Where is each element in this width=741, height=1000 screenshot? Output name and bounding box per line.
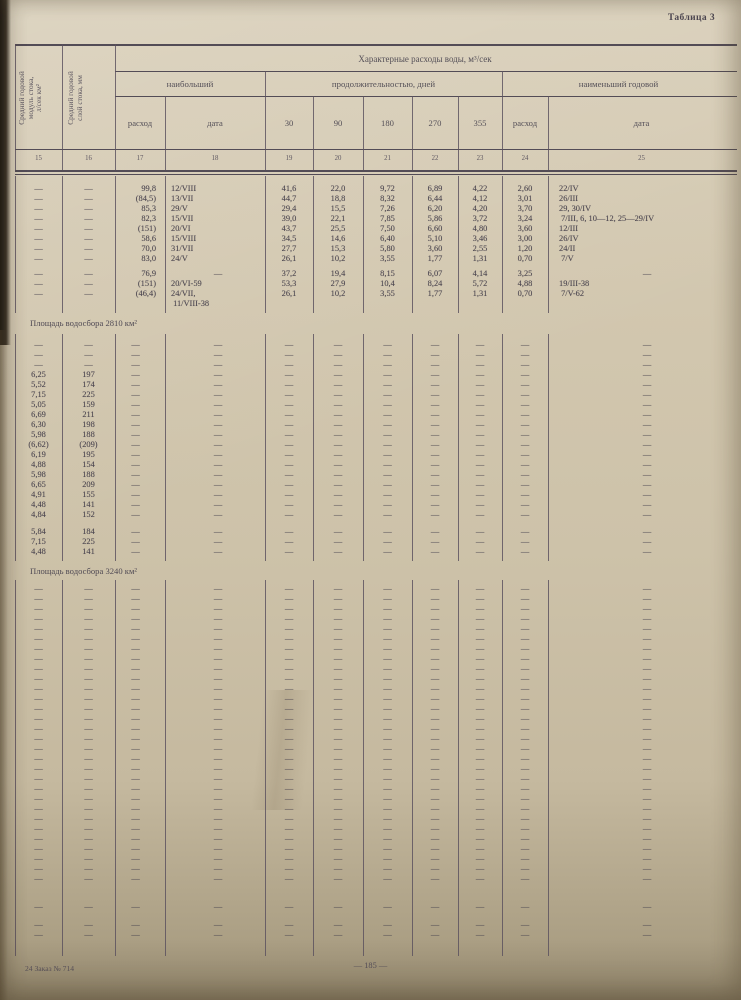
table-cell: — bbox=[412, 400, 458, 410]
table-cell: — bbox=[115, 390, 165, 400]
table-row: — — — — — — — — — — — bbox=[15, 664, 735, 674]
table-cell: — bbox=[458, 734, 502, 744]
table-cell: — bbox=[458, 410, 502, 420]
table-cell: 184 bbox=[62, 527, 115, 537]
table-caption: Таблица 3 bbox=[668, 13, 715, 23]
table-cell: — bbox=[265, 734, 313, 744]
table-cell: 7/V-62 bbox=[548, 289, 735, 309]
table-cell: — bbox=[265, 500, 313, 510]
table-cell: — bbox=[412, 614, 458, 624]
table-row-group: — — — — — — — — — — — — — — — bbox=[15, 340, 735, 520]
table-cell: — bbox=[502, 614, 548, 624]
table-row: — — 70,0 31/VII 27,7 15,3 5,80 3,60 2,55… bbox=[15, 244, 735, 254]
table-cell: — bbox=[313, 902, 363, 912]
table-cell: — bbox=[165, 390, 265, 400]
table-cell: — bbox=[548, 864, 735, 874]
table-cell: — bbox=[412, 654, 458, 664]
table-cell: — bbox=[548, 854, 735, 864]
table-cell: — bbox=[115, 350, 165, 360]
table-row: — — — — — — — — — — — bbox=[15, 930, 735, 940]
table-row: — — — — — — — — — — — bbox=[15, 654, 735, 664]
table-cell: — bbox=[458, 460, 502, 470]
table-cell: — bbox=[313, 614, 363, 624]
table-cell: — bbox=[313, 420, 363, 430]
table-cell: — bbox=[15, 714, 62, 724]
table-cell: — bbox=[15, 744, 62, 754]
table-row: 6,65 209 — — — — — — — — — bbox=[15, 480, 735, 490]
table-cell: — bbox=[165, 844, 265, 854]
table-cell: — bbox=[502, 664, 548, 674]
table-cell: — bbox=[62, 784, 115, 794]
table-cell: — bbox=[458, 547, 502, 557]
table-cell: — bbox=[15, 874, 62, 884]
table-cell: — bbox=[165, 784, 265, 794]
table-cell: — bbox=[412, 774, 458, 784]
table-cell: — bbox=[15, 724, 62, 734]
column-group-header-duration: продолжительностью, дней bbox=[265, 72, 502, 96]
table-cell: 37,2 bbox=[265, 269, 313, 279]
table-cell: — bbox=[363, 480, 412, 490]
table-cell: — bbox=[458, 350, 502, 360]
table-cell: — bbox=[502, 874, 548, 884]
table-cell: — bbox=[548, 470, 735, 480]
table-row: — — — — — — — — — — — bbox=[15, 834, 735, 844]
table-cell: — bbox=[15, 704, 62, 714]
table-cell: — bbox=[412, 674, 458, 684]
table-cell: — bbox=[62, 704, 115, 714]
table-cell: — bbox=[165, 547, 265, 557]
column-number: 25 bbox=[548, 151, 735, 167]
table-cell: — bbox=[115, 844, 165, 854]
table-cell: — bbox=[548, 430, 735, 440]
table-row: 6,30 198 — — — — — — — — — bbox=[15, 420, 735, 430]
table-cell: — bbox=[412, 340, 458, 350]
table-cell: 3,55 bbox=[363, 254, 412, 264]
table-cell: 7,15 bbox=[15, 390, 62, 400]
table-cell: — bbox=[548, 704, 735, 714]
table-cell: — bbox=[548, 420, 735, 430]
table-cell: — bbox=[165, 537, 265, 547]
table-cell: — bbox=[313, 460, 363, 470]
table-cell: — bbox=[548, 390, 735, 400]
table-cell: — bbox=[115, 694, 165, 704]
table-cell: — bbox=[458, 390, 502, 400]
table-row: 5,05 159 — — — — — — — — — bbox=[15, 400, 735, 410]
table-row: 5,98 188 — — — — — — — — — bbox=[15, 470, 735, 480]
table-cell: — bbox=[265, 714, 313, 724]
table-cell: 5,05 bbox=[15, 400, 62, 410]
table-cell: — bbox=[502, 654, 548, 664]
table-cell: — bbox=[265, 704, 313, 714]
table-cell: — bbox=[265, 594, 313, 604]
table-cell: — bbox=[313, 704, 363, 714]
table-cell: 159 bbox=[62, 400, 115, 410]
table-cell: 4,80 bbox=[458, 224, 502, 234]
table-cell: — bbox=[363, 902, 412, 912]
table-cell: 8,32 bbox=[363, 194, 412, 204]
table-cell: — bbox=[458, 744, 502, 754]
table-row: — — — — — — — — — — — bbox=[15, 614, 735, 624]
table-cell: — bbox=[548, 734, 735, 744]
table-cell: — bbox=[363, 537, 412, 547]
table-cell: — bbox=[265, 614, 313, 624]
table-cell: — bbox=[412, 537, 458, 547]
table-cell: — bbox=[412, 694, 458, 704]
column-number: 19 bbox=[265, 151, 313, 167]
table-row: — — 82,3 15/VII 39,0 22,1 7,85 5,86 3,72… bbox=[15, 214, 735, 224]
table-cell: — bbox=[62, 754, 115, 764]
table-cell: 1,31 bbox=[458, 254, 502, 264]
table-cell: — bbox=[458, 714, 502, 724]
table-cell: — bbox=[363, 930, 412, 940]
table-row: — — — — — — — — — — — bbox=[15, 920, 735, 930]
table-cell: — bbox=[62, 764, 115, 774]
table-cell: — bbox=[502, 674, 548, 684]
table-cell: — bbox=[165, 460, 265, 470]
table-cell: — bbox=[265, 410, 313, 420]
table-cell: — bbox=[313, 547, 363, 557]
table-cell: — bbox=[62, 930, 115, 940]
table-cell: — bbox=[15, 204, 62, 214]
table-cell: — bbox=[313, 350, 363, 360]
table-cell: — bbox=[165, 714, 265, 724]
table-cell: 15/VIII bbox=[165, 234, 265, 244]
table-cell: — bbox=[502, 350, 548, 360]
table-cell: — bbox=[548, 594, 735, 604]
table-cell: — bbox=[502, 634, 548, 644]
table-cell: — bbox=[115, 664, 165, 674]
column-number: 23 bbox=[458, 151, 502, 167]
table-cell: — bbox=[363, 430, 412, 440]
table-cell: — bbox=[62, 584, 115, 594]
table-cell: — bbox=[548, 664, 735, 674]
table-cell: — bbox=[412, 784, 458, 794]
table-cell: — bbox=[265, 634, 313, 644]
table-cell: — bbox=[412, 814, 458, 824]
table-cell: — bbox=[265, 794, 313, 804]
table-cell: — bbox=[165, 594, 265, 604]
column-header-min-discharge: расход bbox=[502, 97, 548, 149]
table-cell: — bbox=[548, 804, 735, 814]
table-cell: — bbox=[165, 814, 265, 824]
table-cell: — bbox=[313, 594, 363, 604]
table-cell: 26,1 bbox=[265, 254, 313, 264]
table-cell: 34,5 bbox=[265, 234, 313, 244]
table-cell: — bbox=[115, 902, 165, 912]
table-cell: — bbox=[502, 460, 548, 470]
table-cell: 5,86 bbox=[412, 214, 458, 224]
column-number: 24 bbox=[502, 151, 548, 167]
table-cell: — bbox=[165, 804, 265, 814]
table-cell: — bbox=[15, 824, 62, 834]
table-cell: — bbox=[265, 440, 313, 450]
table-cell: — bbox=[313, 390, 363, 400]
table-cell: — bbox=[363, 654, 412, 664]
table-cell: — bbox=[265, 350, 313, 360]
table-cell: — bbox=[412, 390, 458, 400]
table-cell: — bbox=[265, 490, 313, 500]
table-cell: — bbox=[363, 614, 412, 624]
table-cell: — bbox=[502, 490, 548, 500]
table-cell: — bbox=[165, 654, 265, 664]
table-cell: — bbox=[363, 350, 412, 360]
table-cell: — bbox=[265, 510, 313, 520]
table-cell: — bbox=[363, 400, 412, 410]
table-cell: 7/V bbox=[548, 254, 735, 264]
table-cell: — bbox=[363, 420, 412, 430]
table-cell: — bbox=[313, 634, 363, 644]
table-cell: — bbox=[458, 754, 502, 764]
table-cell: 155 bbox=[62, 490, 115, 500]
table-cell: — bbox=[62, 920, 115, 930]
table-cell: — bbox=[265, 390, 313, 400]
table-cell: — bbox=[313, 480, 363, 490]
table-cell: 141 bbox=[62, 547, 115, 557]
table-cell: — bbox=[115, 834, 165, 844]
table-cell: 225 bbox=[62, 537, 115, 547]
table-cell: — bbox=[62, 714, 115, 724]
table-cell: — bbox=[165, 734, 265, 744]
table-cell: — bbox=[363, 814, 412, 824]
table-row: (6,62) (209) — — — — — — — — — bbox=[15, 440, 735, 450]
table-row: — — — — — — — — — — — bbox=[15, 644, 735, 654]
table-cell: 6,60 bbox=[412, 224, 458, 234]
column-header-annual-module: Средний годовой модуль стока, л/сек км² bbox=[18, 46, 60, 150]
data-block-1: — — 99,8 12/VIII 41,6 22,0 9,72 6,89 4,2… bbox=[15, 176, 735, 313]
table-cell: 3,01 bbox=[502, 194, 548, 204]
table-cell: — bbox=[363, 470, 412, 480]
table-cell: — bbox=[412, 410, 458, 420]
table-cell: — bbox=[15, 694, 62, 704]
table-cell: — bbox=[165, 269, 265, 279]
table-cell: 24/II bbox=[548, 244, 735, 254]
table-cell: 20/VI bbox=[165, 224, 265, 234]
table-cell: — bbox=[265, 527, 313, 537]
table-row: — — 83,0 24/V 26,1 10,2 3,55 1,77 1,31 0… bbox=[15, 254, 735, 264]
table-row: — — — — — — — — — — — bbox=[15, 774, 735, 784]
table-cell: — bbox=[502, 380, 548, 390]
table-cell: — bbox=[412, 490, 458, 500]
table-cell: 10,2 bbox=[313, 254, 363, 264]
table-cell: 9,72 bbox=[363, 184, 412, 194]
table-cell: — bbox=[265, 604, 313, 614]
table-cell: — bbox=[265, 624, 313, 634]
table-cell: — bbox=[548, 500, 735, 510]
table-cell: — bbox=[313, 584, 363, 594]
data-block-3: — — — — — — — — — — — — — — — bbox=[15, 580, 735, 956]
table-cell: — bbox=[115, 490, 165, 500]
table-cell: — bbox=[62, 279, 115, 289]
table-cell: — bbox=[15, 269, 62, 279]
table-cell: 3,72 bbox=[458, 214, 502, 224]
table-cell: — bbox=[165, 614, 265, 624]
table-row: — — — — — — — — — — — bbox=[15, 874, 735, 884]
table-cell: 3,60 bbox=[502, 224, 548, 234]
table-row: 4,48 141 — — — — — — — — — bbox=[15, 547, 735, 557]
table-row: — — — — — — — — — — — bbox=[15, 744, 735, 754]
table-cell: 99,8 bbox=[115, 184, 165, 194]
table-cell: — bbox=[363, 460, 412, 470]
table-cell: — bbox=[502, 714, 548, 724]
table-cell: — bbox=[165, 774, 265, 784]
table-cell: — bbox=[165, 360, 265, 370]
table-cell: — bbox=[502, 500, 548, 510]
table-cell: — bbox=[458, 874, 502, 884]
table-cell: — bbox=[412, 527, 458, 537]
table-cell: 174 bbox=[62, 380, 115, 390]
table-cell: — bbox=[363, 794, 412, 804]
table-cell: — bbox=[62, 254, 115, 264]
table-cell: — bbox=[115, 654, 165, 664]
table-cell: — bbox=[15, 350, 62, 360]
table-cell: 0,70 bbox=[502, 289, 548, 309]
table-cell: — bbox=[363, 390, 412, 400]
table-cell: 6,25 bbox=[15, 370, 62, 380]
table-row: 4,91 155 — — — — — — — — — bbox=[15, 490, 735, 500]
table-cell: — bbox=[62, 804, 115, 814]
column-number: 15 bbox=[15, 151, 62, 167]
table-cell: — bbox=[62, 360, 115, 370]
table-cell: — bbox=[165, 510, 265, 520]
table-cell: — bbox=[458, 360, 502, 370]
table-cell: — bbox=[458, 624, 502, 634]
table-row: — — — — — — — — — — — bbox=[15, 794, 735, 804]
table-cell: — bbox=[363, 834, 412, 844]
table-cell: — bbox=[62, 874, 115, 884]
table-cell: — bbox=[165, 380, 265, 390]
table-cell: 19/III-38 bbox=[548, 279, 735, 289]
table-cell: — bbox=[458, 664, 502, 674]
table-cell: — bbox=[115, 360, 165, 370]
table-cell: — bbox=[412, 360, 458, 370]
table-cell: 4,91 bbox=[15, 490, 62, 500]
table-cell: — bbox=[458, 794, 502, 804]
table-cell: — bbox=[412, 724, 458, 734]
table-cell: 0,70 bbox=[502, 254, 548, 264]
table-cell: — bbox=[502, 604, 548, 614]
page-number: — 185 — bbox=[0, 961, 741, 970]
table-cell: — bbox=[62, 814, 115, 824]
table-cell: — bbox=[412, 804, 458, 814]
table-cell: 3,70 bbox=[502, 204, 548, 214]
table-cell: — bbox=[115, 584, 165, 594]
table-cell: — bbox=[115, 380, 165, 390]
table-cell: — bbox=[363, 724, 412, 734]
table-cell: — bbox=[548, 340, 735, 350]
table-cell: — bbox=[313, 714, 363, 724]
table-cell: — bbox=[313, 744, 363, 754]
table-cell: — bbox=[165, 370, 265, 380]
table-cell: 70,0 bbox=[115, 244, 165, 254]
table-cell: — bbox=[15, 794, 62, 804]
table-cell: 6,30 bbox=[15, 420, 62, 430]
table-cell: — bbox=[363, 360, 412, 370]
table-cell: 7,15 bbox=[15, 537, 62, 547]
table-cell: — bbox=[502, 390, 548, 400]
table-cell: — bbox=[15, 764, 62, 774]
table-cell: — bbox=[548, 844, 735, 854]
table-cell: — bbox=[15, 254, 62, 264]
table-cell: — bbox=[412, 624, 458, 634]
table-cell: — bbox=[502, 420, 548, 430]
table-cell: — bbox=[502, 864, 548, 874]
table-cell: — bbox=[165, 854, 265, 864]
table-cell: — bbox=[165, 340, 265, 350]
table-rule-double-lower bbox=[15, 174, 737, 175]
column-number-row: 15 16 17 18 19 20 21 22 23 24 25 bbox=[15, 151, 735, 167]
table-cell: — bbox=[502, 844, 548, 854]
table-cell: 209 bbox=[62, 480, 115, 490]
table-cell: 198 bbox=[62, 420, 115, 430]
table-cell: — bbox=[265, 547, 313, 557]
table-cell: — bbox=[363, 864, 412, 874]
table-cell: — bbox=[548, 400, 735, 410]
table-cell: — bbox=[313, 874, 363, 884]
table-cell: — bbox=[363, 527, 412, 537]
table-cell: — bbox=[412, 864, 458, 874]
table-cell: — bbox=[502, 470, 548, 480]
table-cell: 188 bbox=[62, 430, 115, 440]
table-cell: — bbox=[458, 380, 502, 390]
table-row: — — — — — — — — — — — bbox=[15, 340, 735, 350]
table-row: — — — — — — — — — — — bbox=[15, 864, 735, 874]
table-cell: — bbox=[313, 674, 363, 684]
table-cell: — bbox=[502, 804, 548, 814]
table-cell: — bbox=[412, 754, 458, 764]
table-row: 5,98 188 — — — — — — — — — bbox=[15, 430, 735, 440]
table-cell: — bbox=[502, 410, 548, 420]
table-cell: — bbox=[265, 804, 313, 814]
column-header-days-270: 270 bbox=[412, 97, 458, 149]
table-cell: — bbox=[412, 460, 458, 470]
table-cell: — bbox=[548, 527, 735, 537]
table-row: — — (84,5) 13/VII 44,7 18,8 8,32 6,44 4,… bbox=[15, 194, 735, 204]
table-cell: — bbox=[265, 644, 313, 654]
table-cell: — bbox=[115, 644, 165, 654]
table-cell: 8,15 bbox=[363, 269, 412, 279]
table-cell: — bbox=[265, 430, 313, 440]
table-cell: 3,25 bbox=[502, 269, 548, 279]
table-cell: — bbox=[165, 704, 265, 714]
table-cell: — bbox=[502, 704, 548, 714]
table-cell: 1,31 bbox=[458, 289, 502, 309]
table-cell: 22,1 bbox=[313, 214, 363, 224]
column-group-header-main: Характерные расходы воды, м³/сек bbox=[115, 47, 735, 71]
table-row: — — — — — — — — — — — bbox=[15, 814, 735, 824]
table-row: 6,69 211 — — — — — — — — — bbox=[15, 410, 735, 420]
table-cell: — bbox=[458, 480, 502, 490]
table-cell: 12/III bbox=[548, 224, 735, 234]
table-cell: — bbox=[313, 864, 363, 874]
table-cell: — bbox=[165, 400, 265, 410]
table-cell: — bbox=[458, 930, 502, 940]
table-cell: — bbox=[548, 824, 735, 834]
table-cell: — bbox=[165, 824, 265, 834]
table-cell: — bbox=[165, 527, 265, 537]
table-cell: — bbox=[265, 814, 313, 824]
table-cell: — bbox=[363, 854, 412, 864]
table-cell: — bbox=[548, 930, 735, 940]
table-cell: — bbox=[458, 784, 502, 794]
table-cell: (151) bbox=[115, 224, 165, 234]
table-cell: — bbox=[412, 824, 458, 834]
table-cell: 43,7 bbox=[265, 224, 313, 234]
table-cell: — bbox=[165, 694, 265, 704]
table-cell: — bbox=[165, 430, 265, 440]
table-cell: — bbox=[502, 734, 548, 744]
table-cell: — bbox=[15, 854, 62, 864]
table-cell: 29/V bbox=[165, 204, 265, 214]
